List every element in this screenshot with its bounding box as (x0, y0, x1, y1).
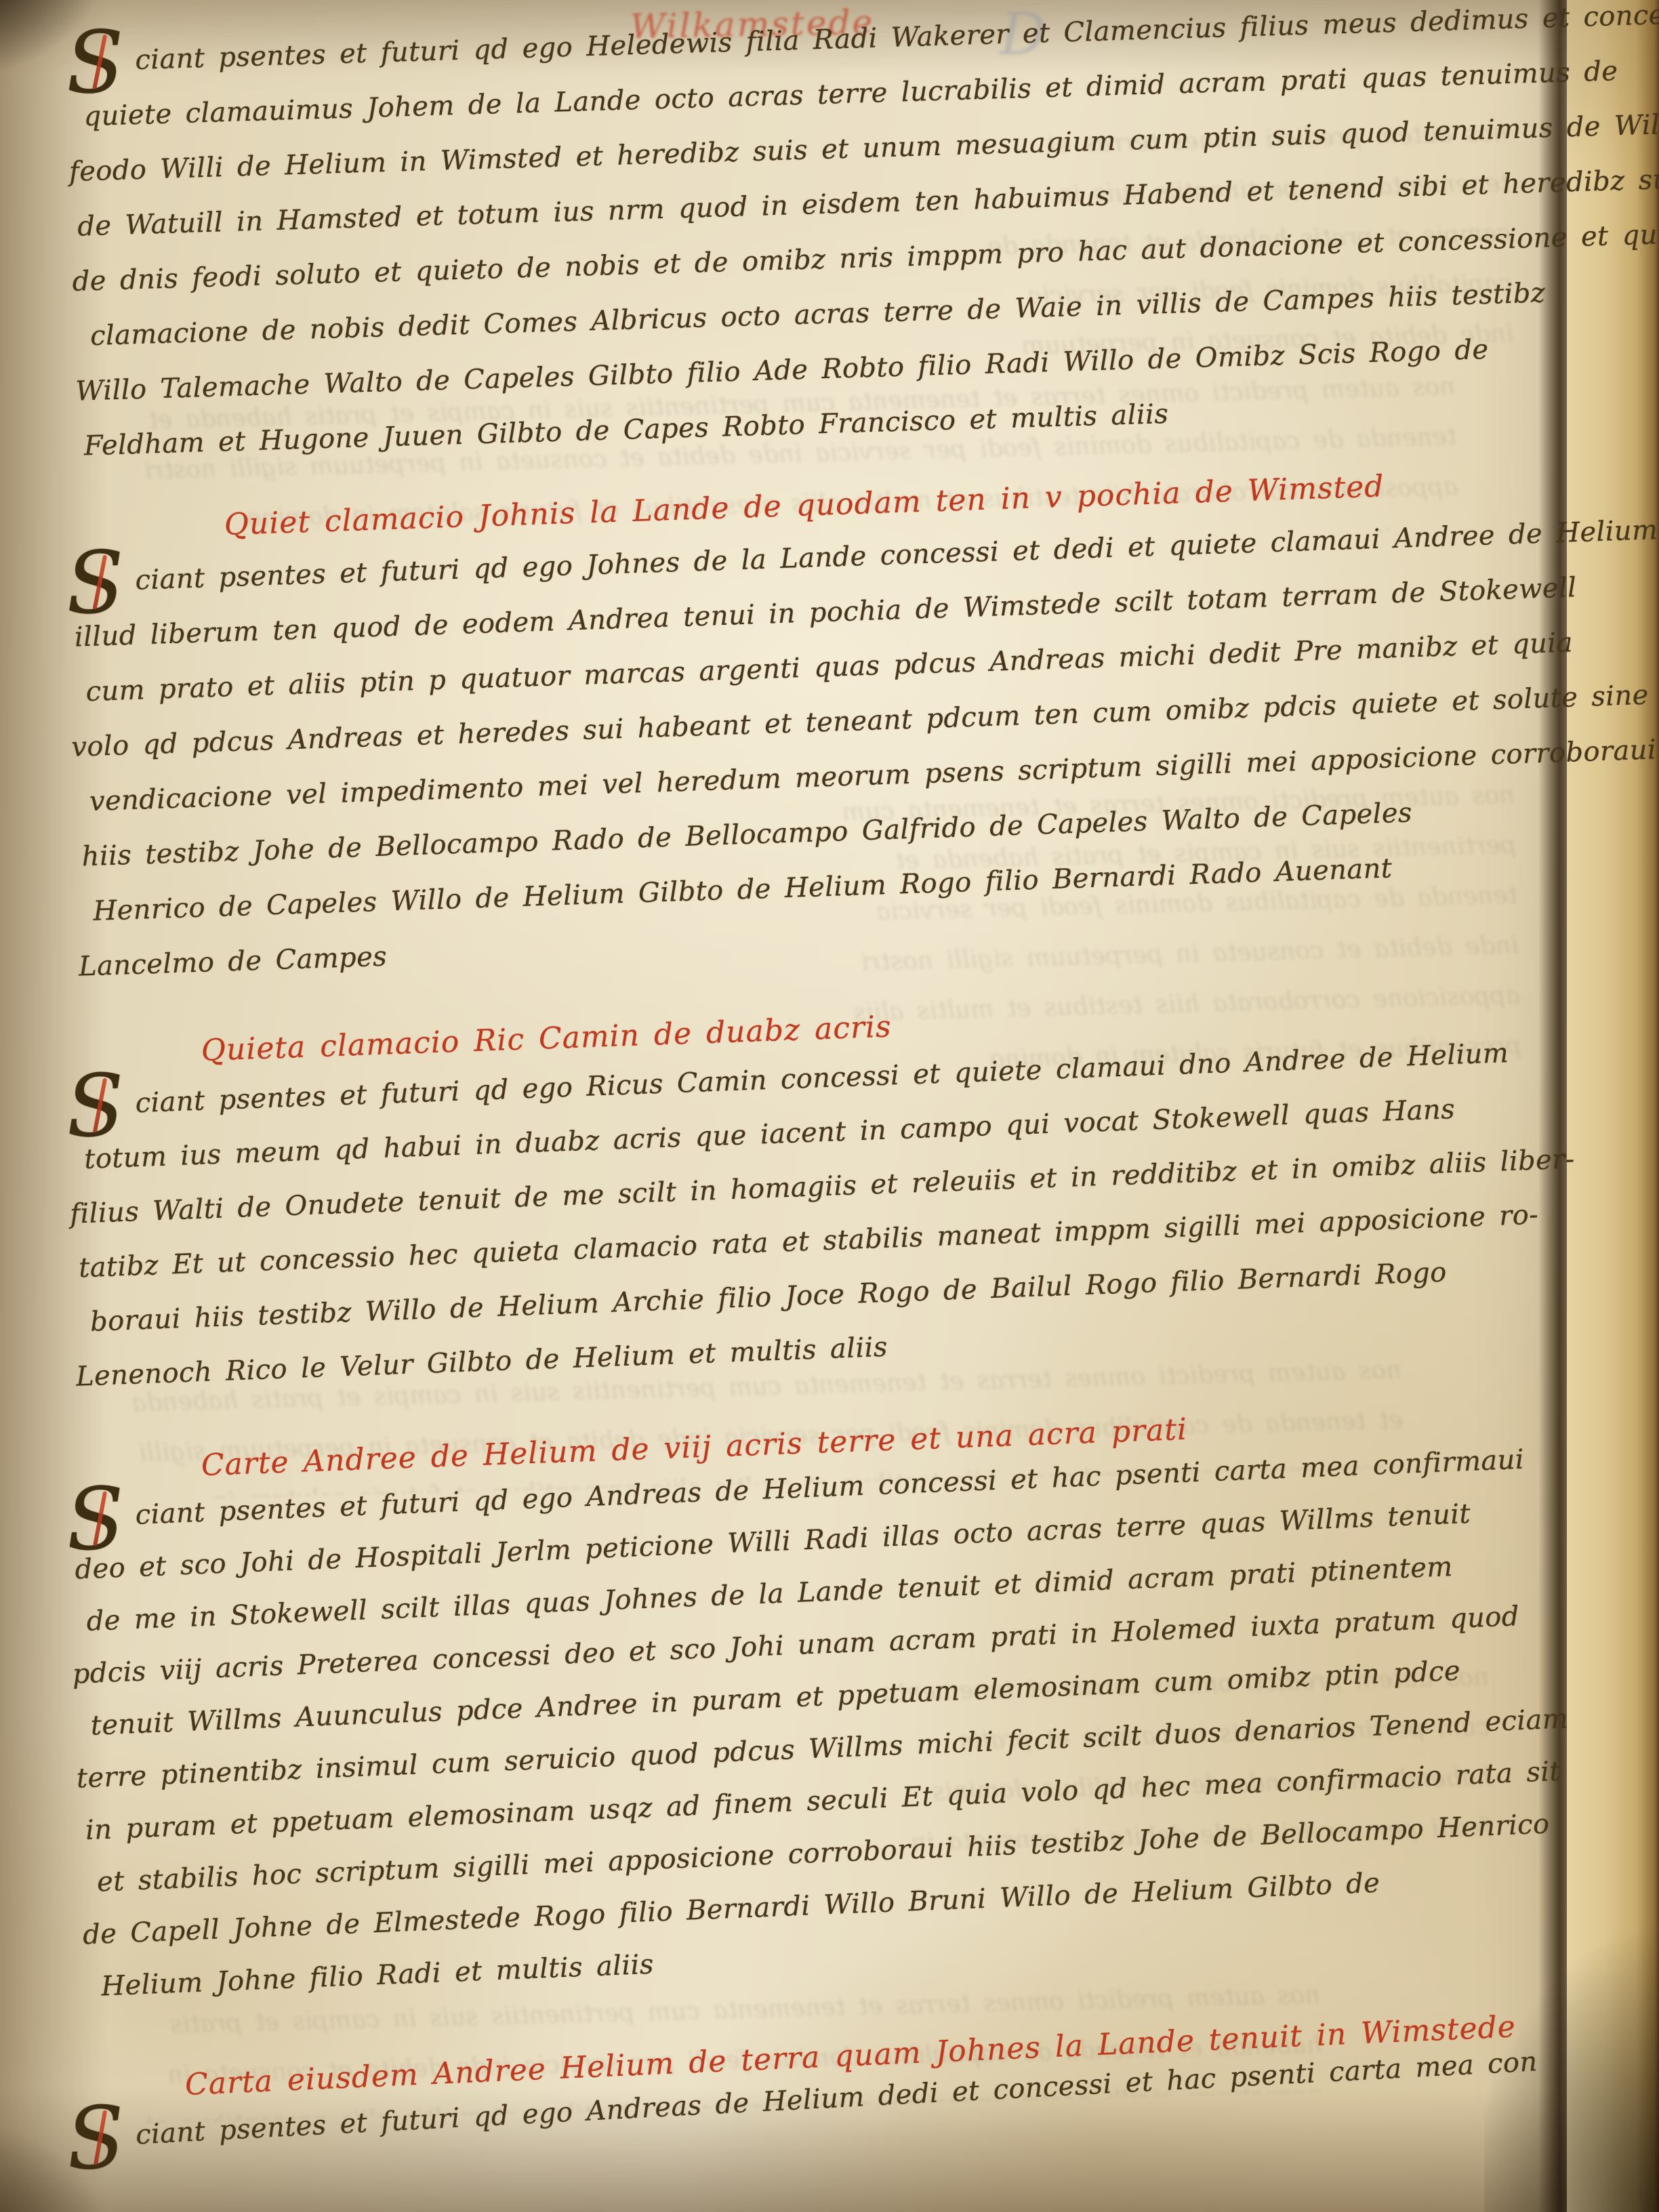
charter-4: Sciant psentes et futuri qd ego Andreas … (65, 1432, 1582, 2013)
initial-letter: S (65, 560, 125, 606)
initial-letter: S (65, 40, 125, 85)
initial-letter: S (65, 1497, 125, 1542)
charter-2: Sciant psentes et futuri qd ego Johnes d… (65, 506, 1576, 995)
initial-letter: S (65, 1084, 125, 1129)
manuscript-photo: nos autem predicti omnes terras et tenem… (0, 0, 1659, 2212)
charter-1: Sciant psentes et futuri qd ego Heledewi… (65, 0, 1575, 474)
charter-3: Sciant psentes et futuri qd ego Ricus Ca… (65, 1024, 1574, 1404)
initial-letter: S (66, 2115, 127, 2161)
book-fore-edge (1567, 0, 1659, 2212)
parchment-page: nos autem predicti omnes terras et tenem… (0, 0, 1567, 2212)
